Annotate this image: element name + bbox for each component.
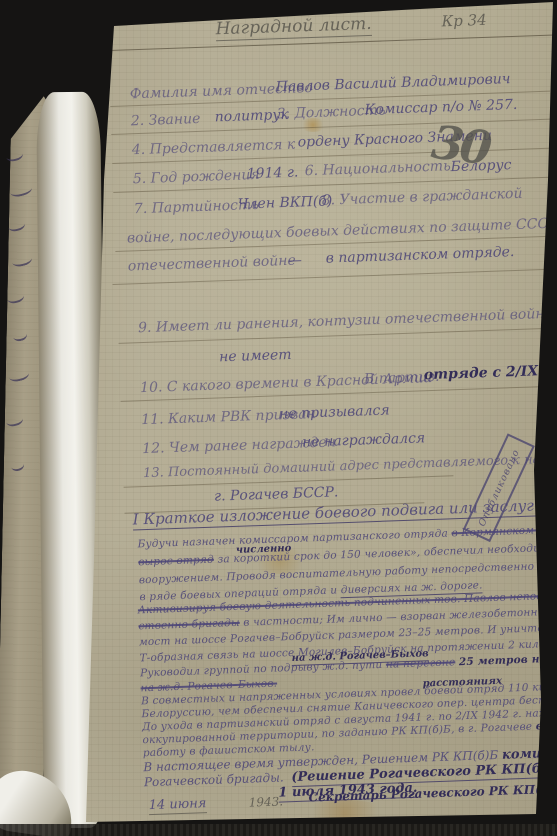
field-birth-label: 5. Год рождения [133,168,260,188]
signature-year: 1943. [248,795,283,809]
field-nationality-value: Белорус [450,158,511,176]
narrative-strikethrough: на перегоне [386,656,456,670]
field-rvk-answer: не призывался [279,403,390,422]
signature-date: 14 июня [149,797,207,815]
field-birth-value: 1914 г. [247,166,299,183]
narrative-bold: 25 метров над- [459,653,557,668]
narrative-text: И уничтожена [487,621,557,636]
field-award-label: 4. Представляется к [132,138,296,159]
narrative-bold: вел [536,720,557,733]
dash: — [288,253,303,269]
document-title: Наградной лист. [215,15,372,41]
field-civilwar-label: 8. Участие в гражданской [321,187,522,209]
handwritten-content: Наградной лист. Кр 34 Фамилия имя отчест… [89,0,557,836]
narrative-text: необходимым [487,541,557,556]
field-party-value: Член ВКП(б) [238,194,333,213]
field-civilwar-line3: отечественной войне [128,254,296,275]
field-rank-label: 2. Звание [131,112,201,130]
field-name-value: Павлов Василий Владимирович [276,72,511,96]
field-wounds-label: 9. Имеет ли ранения, контузии отечествен… [138,307,556,337]
field-service-answer: отряде с 2/IX 1942. [424,363,557,384]
document-code: Кр 34 [441,12,487,30]
narrative-strikethrough: ственно бригады [138,617,240,633]
field-nationality-label: 6. Национальность [304,159,451,179]
field-prev-awards-answer: не награждался [302,431,426,451]
field-wounds-answer: не имеет [219,348,292,366]
narrative-strikethrough: вырос отряд [138,554,214,569]
book-edge-texture [0,824,557,836]
footer-bold: комиссаром 8 ой [502,743,557,763]
field-address-value: г. Рогачев БССР. [214,485,339,505]
field-civilwar-answer: в партизанском отряде. [326,245,515,267]
